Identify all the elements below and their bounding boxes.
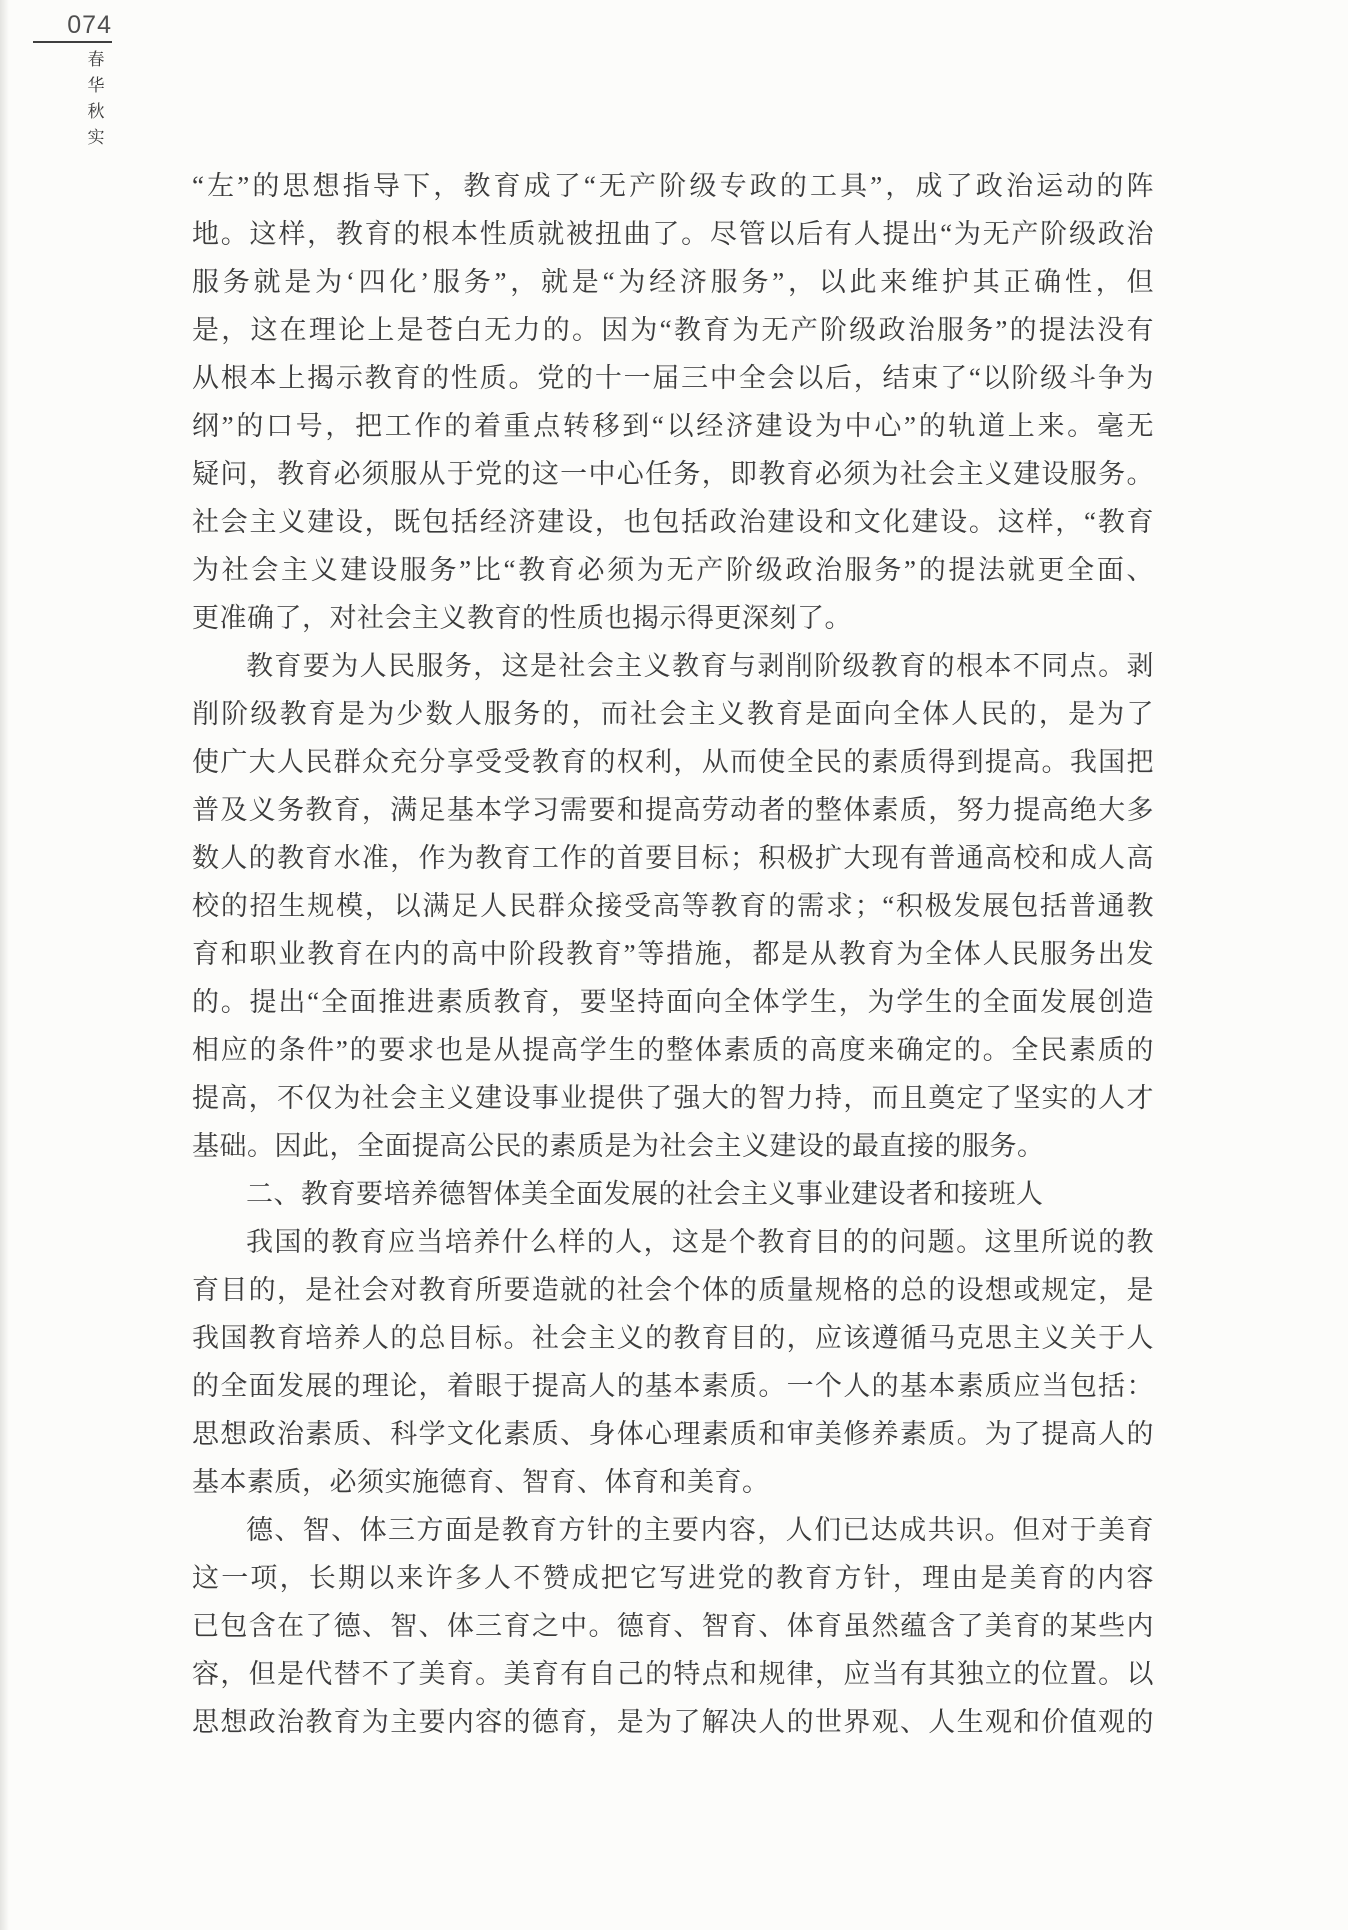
- text-line: 思想政治素质、科学文化素质、身体心理素质和审美修养素质。为了提高人的: [192, 1410, 1154, 1458]
- text-line: “左”的思想指导下，教育成了“无产阶级专政的工具”，成了政治运动的阵: [192, 162, 1154, 210]
- text-line: 的全面发展的理论，着眼于提高人的基本素质。一个人的基本素质应当包括：: [192, 1362, 1154, 1410]
- text-line: 数人的教育水准，作为教育工作的首要目标；积极扩大现有普通高校和成人高: [192, 834, 1154, 882]
- text-line: 为社会主义建设服务”比“教育必须为无产阶级政治服务”的提法就更全面、: [192, 546, 1154, 594]
- text-line: 基本素质，必须实施德育、智育、体育和美育。: [192, 1458, 1154, 1506]
- page-header: 074: [33, 10, 112, 43]
- margin-title-char: 华: [84, 73, 108, 99]
- text-line: 基础。因此，全面提高公民的素质是为社会主义建设的最直接的服务。: [192, 1122, 1154, 1170]
- text-line: 德、智、体三方面是教育方针的主要内容，人们已达成共识。但对于美育: [192, 1506, 1154, 1554]
- text-line: 思想政治教育为主要内容的德育，是为了解决人的世界观、人生观和价值观的: [192, 1698, 1154, 1746]
- text-line: 相应的条件”的要求也是从提高学生的整体素质的高度来确定的。全民素质的: [192, 1026, 1154, 1074]
- text-line: 校的招生规模，以满足人民群众接受高等教育的需求；“积极发展包括普通教: [192, 882, 1154, 930]
- text-line: 社会主义建设，既包括经济建设，也包括政治建设和文化建设。这样，“教育: [192, 498, 1154, 546]
- body-text: “左”的思想指导下，教育成了“无产阶级专政的工具”，成了政治运动的阵地。这样，教…: [192, 162, 1154, 1746]
- text-line: 的。提出“全面推进素质教育，要坚持面向全体学生，为学生的全面发展创造: [192, 978, 1154, 1026]
- text-line: 这一项，长期以来许多人不赞成把它写进党的教育方针，理由是美育的内容: [192, 1554, 1154, 1602]
- text-line: 我国的教育应当培养什么样的人，这是个教育目的的问题。这里所说的教: [192, 1218, 1154, 1266]
- text-line: 疑问，教育必须服从于党的这一中心任务，即教育必须为社会主义建设服务。: [192, 450, 1154, 498]
- page-edge-shadow: [0, 0, 9, 1930]
- margin-title-char: 秋: [84, 99, 108, 125]
- text-line: 我国教育培养人的总目标。社会主义的教育目的，应该遵循马克思主义关于人: [192, 1314, 1154, 1362]
- text-line: 使广大人民群众充分享受受教育的权利，从而使全民的素质得到提高。我国把: [192, 738, 1154, 786]
- margin-title-char: 实: [84, 125, 108, 151]
- text-line: 普及义务教育，满足基本学习需要和提高劳动者的整体素质，努力提高绝大多: [192, 786, 1154, 834]
- text-line: 从根本上揭示教育的性质。党的十一届三中全会以后，结束了“以阶级斗争为: [192, 354, 1154, 402]
- text-line: 纲”的口号，把工作的着重点转移到“以经济建设为中心”的轨道上来。毫无: [192, 402, 1154, 450]
- text-line: 教育要为人民服务，这是社会主义教育与剥削阶级教育的根本不同点。剥: [192, 642, 1154, 690]
- page-number: 074: [33, 10, 112, 40]
- margin-title: 春 华 秋 实: [84, 47, 108, 151]
- text-line: 是，这在理论上是苍白无力的。因为“教育为无产阶级政治服务”的提法没有: [192, 306, 1154, 354]
- text-line: 育目的，是社会对教育所要造就的社会个体的质量规格的总的设想或规定，是: [192, 1266, 1154, 1314]
- text-line: 育和职业教育在内的高中阶段教育”等措施，都是从教育为全体人民服务出发: [192, 930, 1154, 978]
- text-line: 更准确了，对社会主义教育的性质也揭示得更深刻了。: [192, 594, 1154, 642]
- margin-title-char: 春: [84, 47, 108, 73]
- text-line: 容，但是代替不了美育。美育有自己的特点和规律，应当有其独立的位置。以: [192, 1650, 1154, 1698]
- text-line: 服务就是为‘四化’服务”，就是“为经济服务”，以此来维护其正确性，但: [192, 258, 1154, 306]
- section-heading-line: 二、教育要培养德智体美全面发展的社会主义事业建设者和接班人: [192, 1170, 1154, 1218]
- text-line: 削阶级教育是为少数人服务的，而社会主义教育是面向全体人民的，是为了: [192, 690, 1154, 738]
- text-line: 提高，不仅为社会主义建设事业提供了强大的智力持，而且奠定了坚实的人才: [192, 1074, 1154, 1122]
- text-line: 已包含在了德、智、体三育之中。德育、智育、体育虽然蕴含了美育的某些内: [192, 1602, 1154, 1650]
- text-line: 地。这样，教育的根本性质就被扭曲了。尽管以后有人提出“为无产阶级政治: [192, 210, 1154, 258]
